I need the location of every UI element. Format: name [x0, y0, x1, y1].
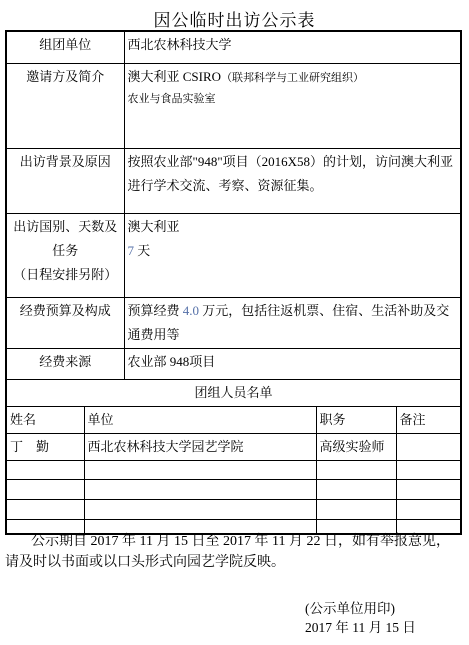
personnel-name: 丁 勤 — [6, 433, 84, 460]
row-personnel-banner: 团组人员名单 — [6, 379, 461, 406]
signature-block: (公示单位用印) 2017 年 11 月 15 日 — [305, 599, 416, 637]
inviter-value: 澳大利亚 CSIRO（联邦科学与工业研究组织） 农业与食品实验室 — [124, 63, 461, 148]
budget-label: 经费预算及构成 — [6, 297, 124, 348]
days-value: 7 天 — [128, 239, 458, 263]
row-inviter: 邀请方及简介 澳大利亚 CSIRO（联邦科学与工业研究组织） 农业与食品实验室 — [6, 63, 461, 148]
personnel-section-title: 团组人员名单 — [6, 379, 461, 406]
personnel-row: 丁 勤 西北农林科技大学园艺学院 高级实验师 — [6, 433, 461, 460]
inviter-name: 澳大利亚 CSIRO — [128, 69, 222, 84]
inviter-label: 邀请方及简介 — [6, 63, 124, 148]
row-country-days: 出访国别、天数及 任务 （日程安排另附） 澳大利亚 7 天 — [6, 213, 461, 297]
inviter-line1: 澳大利亚 CSIRO（联邦科学与工业研究组织） — [128, 65, 458, 89]
personnel-unit — [84, 479, 316, 499]
public-notice-paragraph: 公示期自 2017 年 11 月 15 日至 2017 年 11 月 22 日，… — [5, 531, 458, 573]
personnel-header-note: 备注 — [396, 406, 461, 433]
personnel-row-empty — [6, 460, 461, 479]
personnel-name — [6, 499, 84, 519]
personnel-note — [396, 499, 461, 519]
signature-seal-line: (公示单位用印) — [305, 599, 416, 618]
personnel-note — [396, 433, 461, 460]
funding-value: 农业部 948项目 — [124, 348, 461, 379]
personnel-header-unit: 单位 — [84, 406, 316, 433]
background-value: 按照农业部"948"项目（2016X58）的计划，访问澳大利亚进行学术交流、考察… — [124, 148, 461, 213]
personnel-title: 高级实验师 — [316, 433, 396, 460]
personnel-note — [396, 479, 461, 499]
personnel-title — [316, 460, 396, 479]
document-page: 因公临时出访公示表 组团单位 西北农林科技大学 邀请方及简介 澳大利亚 CSIR… — [0, 0, 469, 645]
background-label: 出访背景及原因 — [6, 148, 124, 213]
country-value: 澳大利亚 — [128, 215, 458, 239]
page-title: 因公临时出访公示表 — [0, 6, 469, 31]
personnel-unit: 西北农林科技大学园艺学院 — [84, 433, 316, 460]
country-days-label: 出访国别、天数及 任务 （日程安排另附） — [6, 213, 124, 297]
personnel-name — [6, 479, 84, 499]
row-background: 出访背景及原因 按照农业部"948"项目（2016X58）的计划，访问澳大利亚进… — [6, 148, 461, 213]
personnel-title — [316, 499, 396, 519]
group-unit-label: 组团单位 — [6, 31, 124, 63]
personnel-header-name: 姓名 — [6, 406, 84, 433]
country-days-value: 澳大利亚 7 天 — [124, 213, 461, 297]
personnel-title — [316, 479, 396, 499]
country-days-label-line1: 出访国别、天数及 — [10, 215, 121, 239]
country-days-label-line2: 任务 — [10, 239, 121, 263]
signature-date: 2017 年 11 月 15 日 — [305, 618, 416, 637]
country-days-label-line3: （日程安排另附） — [10, 263, 121, 287]
personnel-name — [6, 460, 84, 479]
personnel-row-empty — [6, 499, 461, 519]
budget-amount: 4.0 — [183, 303, 199, 318]
row-group-unit: 组团单位 西北农林科技大学 — [6, 31, 461, 63]
inviter-paren: （联邦科学与工业研究组织） — [221, 72, 364, 84]
funding-label: 经费来源 — [6, 348, 124, 379]
personnel-row-empty — [6, 479, 461, 499]
row-budget: 经费预算及构成 预算经费 4.0 万元，包括往返机票、住宿、生活补助及交通费用等 — [6, 297, 461, 348]
personnel-header-row: 姓名 单位 职务 备注 — [6, 406, 461, 433]
personnel-unit — [84, 460, 316, 479]
visit-form-table: 组团单位 西北农林科技大学 邀请方及简介 澳大利亚 CSIRO（联邦科学与工业研… — [5, 30, 462, 535]
group-unit-value: 西北农林科技大学 — [124, 31, 461, 63]
personnel-note — [396, 460, 461, 479]
budget-value: 预算经费 4.0 万元，包括往返机票、住宿、生活补助及交通费用等 — [124, 297, 461, 348]
inviter-line2: 农业与食品实验室 — [128, 89, 458, 109]
notice-text: 公示期自 2017 年 11 月 15 日至 2017 年 11 月 22 日，… — [5, 531, 458, 573]
days-unit: 天 — [134, 243, 150, 258]
personnel-header-title: 职务 — [316, 406, 396, 433]
personnel-unit — [84, 499, 316, 519]
row-funding: 经费来源 农业部 948项目 — [6, 348, 461, 379]
budget-prefix: 预算经费 — [128, 303, 183, 318]
